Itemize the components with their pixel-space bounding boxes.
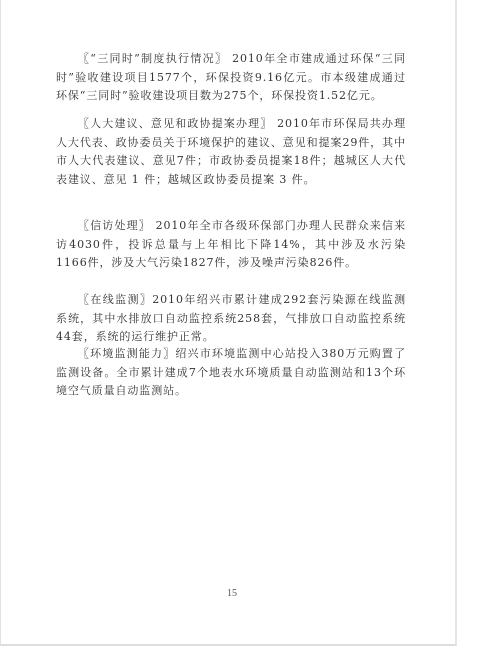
paragraph-online-monitoring: 〖在线监测〗2010年绍兴市累计建成292套污染源在线监测系统，其中水排放口自动… [56,291,406,347]
paragraph-heading: 〖“三同时”制度执行情况〗 [78,52,227,65]
paragraph-heading: 〖人大建议、意见和政协提案办理〗 [78,117,273,130]
paragraph-heading: 〖在线监测〗 [78,293,152,306]
paragraph-monitoring-capacity: 〖环境监测能力〗绍兴市环境监测中心站投入380万元购置了监测设备。全市累计建成7… [56,345,406,401]
paragraph-heading: 〖环境监测能力〗 [78,347,175,360]
paragraph-petition-handling: 〖信访处理〗 2010年全市各级环保部门办理人民群众来信来访4030件，投诉总量… [56,217,406,273]
paragraph-heading: 〖信访处理〗 [78,219,151,232]
document-page: 〖“三同时”制度执行情况〗 2010年全市建成通过环保“三同时”验收建设项目15… [0,0,457,646]
page-number: 15 [227,588,237,599]
paragraph-three-simultaneities: 〖“三同时”制度执行情况〗 2010年全市建成通过环保“三同时”验收建设项目15… [56,50,406,106]
paragraph-npc-cppcc-proposals: 〖人大建议、意见和政协提案办理〗 2010年市环保局共办理人大代表、政协委员关于… [56,115,406,189]
